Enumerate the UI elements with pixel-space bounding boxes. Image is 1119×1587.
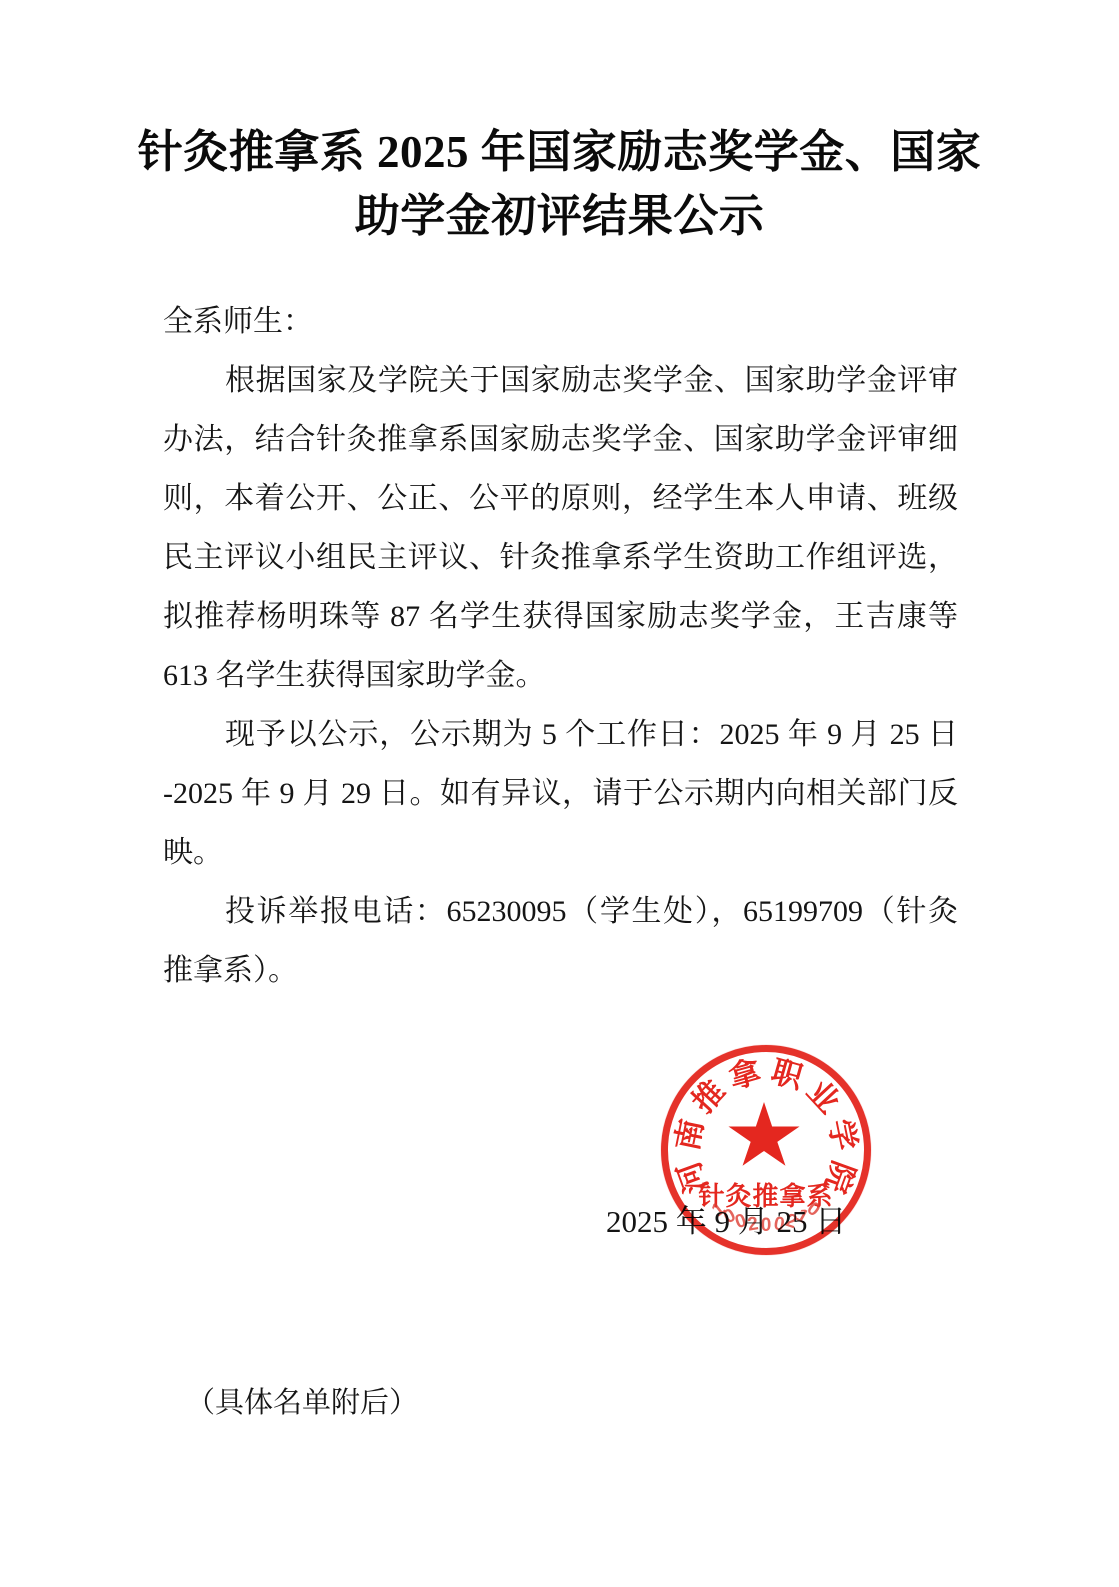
body-line: 投诉举报电话：65230095（学生处），65199709（针灸 xyxy=(163,882,958,941)
salutation: 全系师生： xyxy=(163,292,958,351)
body-line: 映。 xyxy=(163,823,958,882)
seal-arc-char: 学 xyxy=(820,1112,865,1157)
title-line-2: 助学金初评结果公示 xyxy=(0,184,1119,248)
body-line: 613 名学生获得国家助学金。 xyxy=(163,646,958,705)
body-line: 推拿系）。 xyxy=(163,941,958,1000)
official-seal: 河南推拿职业学院 针灸推拿系 100200210 xyxy=(661,1045,871,1255)
body-line: 则，本着公开、公正、公平的原则，经学生本人申请、班级 xyxy=(163,469,958,528)
body-line: 民主评议小组民主评议、针灸推拿系学生资助工作组评选， xyxy=(163,528,958,587)
page-title: 针灸推拿系 2025 年国家励志奖学金、国家 助学金初评结果公示 xyxy=(0,120,1119,248)
seal-department-label: 针灸推拿系 xyxy=(661,1181,871,1211)
body-line: 根据国家及学院关于国家励志奖学金、国家助学金评审 xyxy=(163,351,958,410)
title-line-1: 针灸推拿系 2025 年国家励志奖学金、国家 xyxy=(0,120,1119,184)
footer-note: （具体名单附后） xyxy=(186,1382,418,1424)
announcement-page: 针灸推拿系 2025 年国家励志奖学金、国家 助学金初评结果公示 全系师生： 根… xyxy=(0,0,1119,1587)
body-line: -2025 年 9 月 29 日。如有异议，请于公示期内向相关部门反 xyxy=(163,764,958,823)
body-text: 全系师生： 根据国家及学院关于国家励志奖学金、国家助学金评审办法，结合针灸推拿系… xyxy=(163,292,958,1000)
body-line: 办法，结合针灸推拿系国家励志奖学金、国家助学金评审细 xyxy=(163,410,958,469)
body-line: 拟推荐杨明珠等 87 名学生获得国家励志奖学金，王吉康等 xyxy=(163,587,958,646)
body-line: 现予以公示，公示期为 5 个工作日：2025 年 9 月 25 日 xyxy=(163,705,958,764)
